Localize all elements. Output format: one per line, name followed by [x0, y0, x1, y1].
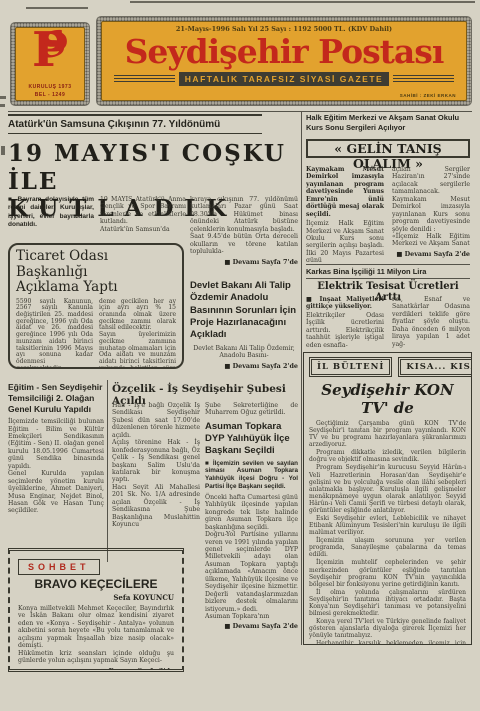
gelin-column-2-text: açılan Sergiler Haziran'ın 27'sinde açıl…: [392, 166, 470, 248]
elektrik-rule-bottom: [306, 278, 470, 279]
scan-artifact: [26, 7, 88, 9]
il-bulteni-badge: İL BÜLTENİ: [309, 357, 392, 377]
kontv-paragraph: İlçemizin ulaşım sorununa yer verilen pr…: [309, 537, 466, 558]
gelin-column-1-lead: Kaymakam Mesut Demirkol imzasıyla yayınl…: [306, 166, 384, 218]
scan-artifact: [0, 104, 5, 107]
kontv-paragraph: Eski Seydişehir evleri, Leblebicilik ve …: [309, 515, 466, 536]
logo-founded-line: KURULUŞ 1973: [16, 84, 84, 92]
asuman-continuation: ■ Devamı Sayfa 2'de: [205, 622, 298, 630]
asuman-bullet: ■ İlçemizin sevilen ve sayılan siması As…: [205, 460, 298, 491]
sohbet-byline: Sefa KOYUNCU: [18, 593, 174, 602]
elektrik-column-1-lead: ■ İnşaat Maliyetleri gittikçe yükseliyor…: [306, 296, 384, 311]
egitim-sen-body: İlçemizde temsilciliği bulunan Eğitim - …: [8, 418, 104, 515]
sohbet-column-box: SOHBET BRAVO KEÇECİLERE Sefa KOYUNCU Kon…: [8, 548, 184, 672]
band-rule-right: [393, 75, 454, 83]
scan-artifact: [130, 1, 475, 3]
kisa-kisa-badge: KISA... KISA...: [398, 357, 472, 377]
gelin-column-1: Kaymakam Mesut Demirkol imzasıyla yayınl…: [306, 166, 384, 262]
ozcelik-column-1: Hak - İş'e bağlı Özçelik İş Sendikası Se…: [112, 402, 200, 546]
lead-column-3-text: karaya çıkışının 77. yıldönümü kutlamala…: [190, 196, 298, 256]
gelin-headline: « GELİN TANIŞ OLALIM »: [306, 139, 470, 158]
kontv-paragraph: Program Seydişehir'in kurucusu Seyyid Hâ…: [309, 464, 466, 514]
masthead: 21-Mayıs-1996 Salı Yıl 25 Sayı : 1192 50…: [96, 16, 472, 106]
egitim-sen-story: Eğitim - Sen Seydişehir Temsilciliği 2. …: [8, 382, 104, 560]
minister-continuation: ■ Devamı Sayfa 2'de: [190, 362, 298, 370]
lead-column-3: karaya çıkışının 77. yıldönümü kutlamala…: [190, 196, 298, 278]
kontv-paragraph: Konya yerel TV'leri ve Türkiye genelinde…: [309, 618, 466, 639]
lead-bullet-paragraph: ■ Bayram dolayısiyle tüm resmi daireler,…: [8, 196, 94, 230]
elektrik-kicker: Karkas Bina İşçiliği 11 Milyon Lira: [306, 267, 470, 277]
minister-story: Devlet Bakanı Ali Talip Özdemir Anadolu …: [190, 280, 298, 380]
egitim-sen-heading: Eğitim - Sen Seydişehir Temsilciliği 2. …: [8, 382, 104, 415]
chamber-title: Ticaret Odası Başkanlığı Açıklama Yaptı: [16, 249, 176, 296]
lead-kicker: Atatürk'ün Samsuna Çıkışının 77. Yıldönü…: [8, 114, 262, 134]
owner-line: SAHİBİ : ZEKİ ERKAN: [400, 93, 456, 98]
chamber-of-commerce-box: Ticaret Odası Başkanlığı Açıklama Yaptı …: [8, 243, 184, 369]
newspaper-logo-monogram-icon: P S: [16, 30, 84, 84]
elektrik-column-2-text: rın, Esnaf ve Sanatkârlar Odasına verdik…: [392, 296, 470, 348]
newspaper-logo-box: P S KURULUŞ 1973 BEL - 1249: [10, 22, 90, 106]
lead-column-2: 19 MAYIS Atatürk'ü Anma Gençlik ve Spor …: [100, 196, 186, 233]
scan-artifact: [1, 146, 5, 155]
elektrik-rule-top: [306, 264, 470, 265]
kontv-paragraph: İlçemizin muhtelif cephelerinden ve şehi…: [309, 559, 466, 587]
gelin-column-1-rest: İlçemiz Halk Eğitim Merkezi ve Akşam San…: [306, 220, 384, 262]
asuman-heading: Asuman Topkara DYP Yalıhüyük İlçe Başkan…: [205, 421, 298, 457]
kontv-paragraph: İl olma yolunda çalışmalarını sürdüren S…: [309, 589, 466, 617]
sohbet-label: SOHBET: [18, 559, 100, 575]
kontv-paragraph: Geçtiğimiz Çarşamba günü KON TV'de Seydi…: [309, 420, 466, 448]
newspaper-front-page: P S KURULUŞ 1973 BEL - 1249 21-Mayıs-199…: [0, 0, 480, 711]
newspaper-title: Seydişehir Postası: [102, 35, 466, 68]
sohbet-body: Konya milletvekili Mehmet Keçeciler, Bay…: [18, 605, 174, 665]
sohbet-continuation: ■ Devamı Sayfa 2'de: [18, 667, 174, 673]
logo-registry-line: BEL - 1249: [16, 92, 84, 100]
column-rule-left: [107, 380, 108, 562]
minister-body: Devlet Bakanı Ali Talip Özdemir, Anadolu…: [190, 345, 298, 360]
elektrik-column-1-rest: Elektrikçiler Odası İşçilik ücretlerini …: [306, 312, 384, 349]
band-rule-left: [114, 75, 175, 83]
gelin-column-2: açılan Sergiler Haziran'ın 27'sinde açıl…: [392, 166, 470, 262]
sohbet-title: BRAVO KEÇECİLERE: [18, 577, 174, 591]
ozcelik-column-2: Şube Sekreterliğine de Muharrem Oğuz get…: [205, 402, 298, 660]
kontv-paragraph: Herhangibir karşılık beklemeden ilçemiz …: [309, 640, 466, 645]
gelin-continuation: ■ Devamı Sayfa 2'de: [392, 250, 470, 258]
newspaper-subtitle: HAFTALIK TARAFSIZ SİYASİ GAZETE: [179, 72, 389, 86]
header-separator-rule: [8, 111, 472, 112]
minister-heading: Devlet Bakanı Ali Talip Özdemir Anadolu …: [190, 280, 298, 342]
lead-continuation: ■ Devamı Sayfa 7'de: [190, 258, 298, 266]
ozcelik-column-2-intro: Şube Sekreterliğine de Muharrem Oğuz get…: [205, 402, 298, 417]
kontv-headline: Seydişehir KON TV' de: [309, 381, 466, 417]
asuman-body: Önceki hafta Cumartesi günü Yalıhüyük il…: [205, 494, 298, 620]
scan-artifact: [0, 96, 6, 99]
chamber-column-1: 5590 sayılı Kanunun, 2567 sayılı Kanunla…: [16, 299, 93, 369]
elektrik-column-2: rın, Esnaf ve Sanatkârlar Odasına verdik…: [392, 296, 470, 350]
gelin-kicker: Halk Eğitim Merkezi ve Akşam Sanat Okulu…: [306, 113, 470, 133]
kontv-editorial-box: İL BÜLTENİ KISA... KISA... Seydişehir KO…: [303, 352, 472, 645]
elektrik-column-1: ■ İnşaat Maliyetleri gittikçe yükseliyor…: [306, 296, 384, 350]
lead-headline-line1: 19 MAYIS'I COŞKU İLE: [8, 140, 286, 195]
chamber-column-2: deme gecikilen her ay için ayrı ayrı % 1…: [99, 299, 176, 369]
kontv-paragraph: Programı dikkatle izledik, verilen bilgi…: [309, 449, 466, 463]
